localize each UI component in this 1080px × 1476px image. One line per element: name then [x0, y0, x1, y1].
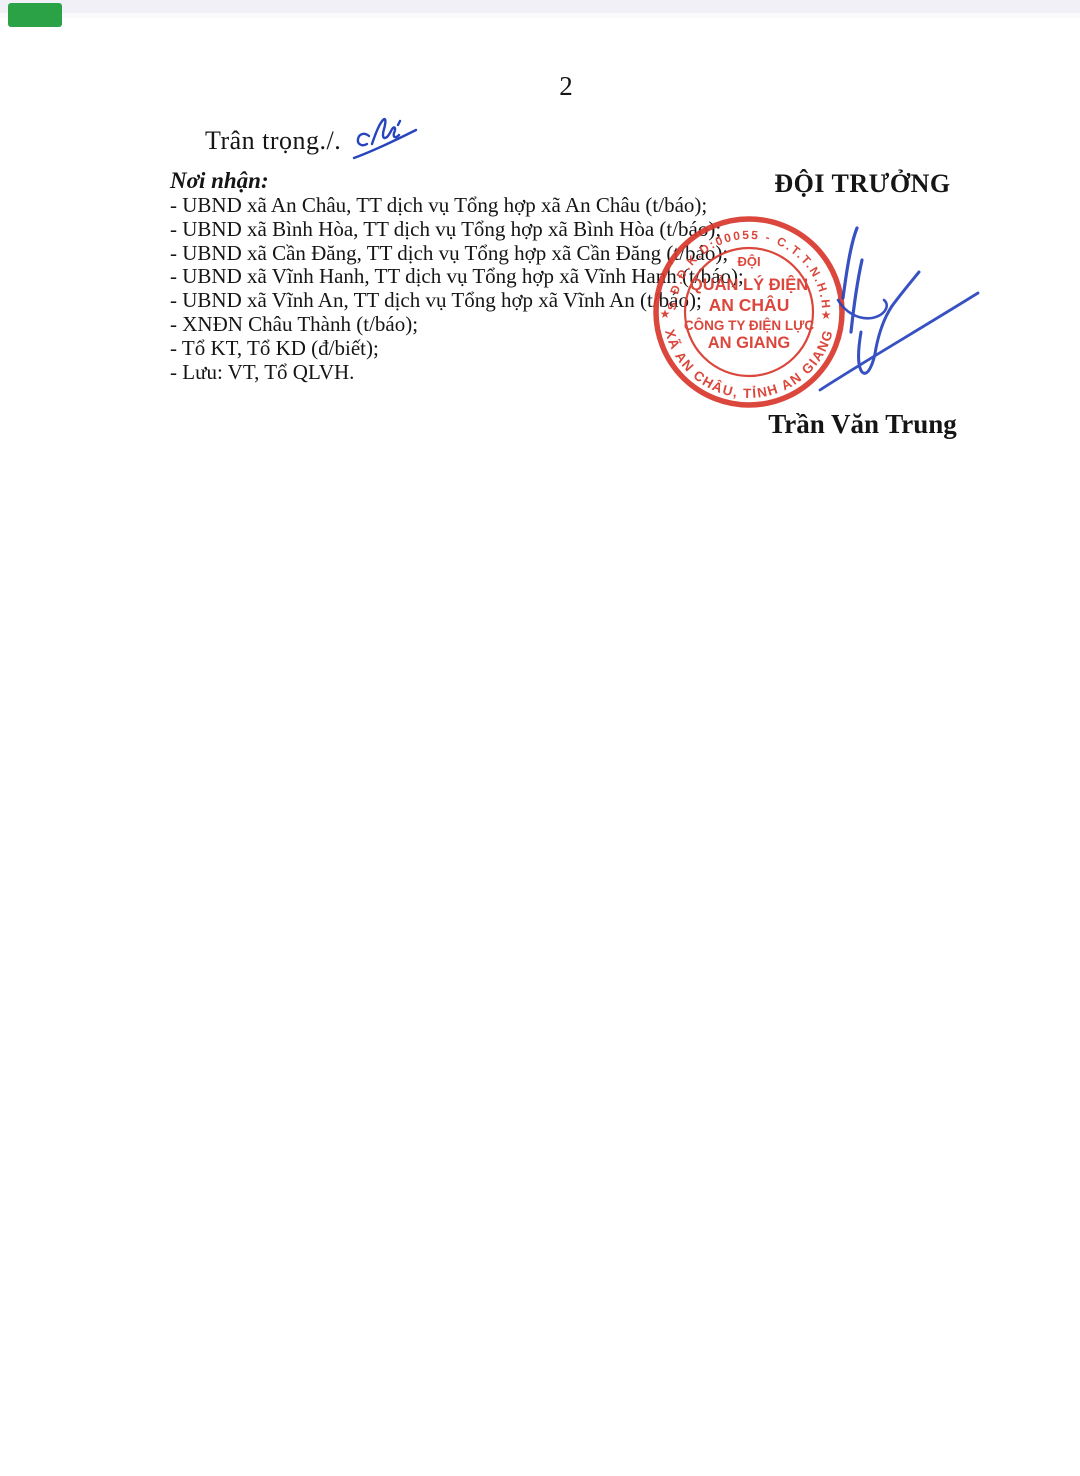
signature-stroke: [843, 228, 857, 298]
recipient-item: - UBND xã Bình Hòa, TT dịch vụ Tổng hợp …: [170, 218, 744, 242]
initial-letter-h: [372, 119, 399, 144]
initial-apostrophe: [398, 121, 400, 125]
recipient-item: - Lưu: VT, Tổ QLVH.: [170, 361, 744, 385]
recipient-item: - XNĐN Châu Thành (t/báo);: [170, 313, 744, 337]
recipient-item: - Tổ KT, Tổ KD (đ/biết);: [170, 337, 744, 361]
initial-signature-mark: [338, 108, 428, 168]
document-page: 2 Trân trọng./. Nơi nhận: - UBND xã An C…: [0, 0, 1080, 1476]
top-scan-band: [0, 0, 1080, 13]
signature-stroke: [859, 272, 920, 373]
top-scan-band-fade: [0, 13, 1080, 18]
recipient-item: - UBND xã Vĩnh Hanh, TT dịch vụ Tổng hợp…: [170, 265, 744, 289]
signatory-title: ĐỘI TRƯỞNG: [700, 169, 1025, 199]
signature-sweep-stroke: [820, 293, 978, 390]
closing-text: Trân trọng./.: [205, 126, 341, 156]
page-number: 2: [506, 71, 626, 102]
stamp-right-star-icon: ★: [821, 308, 832, 322]
recipient-item: - UBND xã Cần Đăng, TT dịch vụ Tổng hợp …: [170, 242, 744, 266]
recipients-heading: Nơi nhận:: [170, 168, 269, 194]
green-marker: [8, 3, 62, 27]
signatory-name: Trần Văn Trung: [700, 409, 1025, 440]
signature: [790, 198, 1010, 408]
initial-letter-c: [358, 134, 369, 145]
signature-flourish-stroke: [838, 300, 887, 318]
recipient-item: - UBND xã Vĩnh An, TT dịch vụ Tổng hợp x…: [170, 289, 744, 313]
recipient-item: - UBND xã An Châu, TT dịch vụ Tổng hợp x…: [170, 194, 744, 218]
recipients-list: - UBND xã An Châu, TT dịch vụ Tổng hợp x…: [170, 194, 744, 384]
signature-stroke: [851, 260, 862, 332]
initial-underline: [354, 130, 416, 158]
